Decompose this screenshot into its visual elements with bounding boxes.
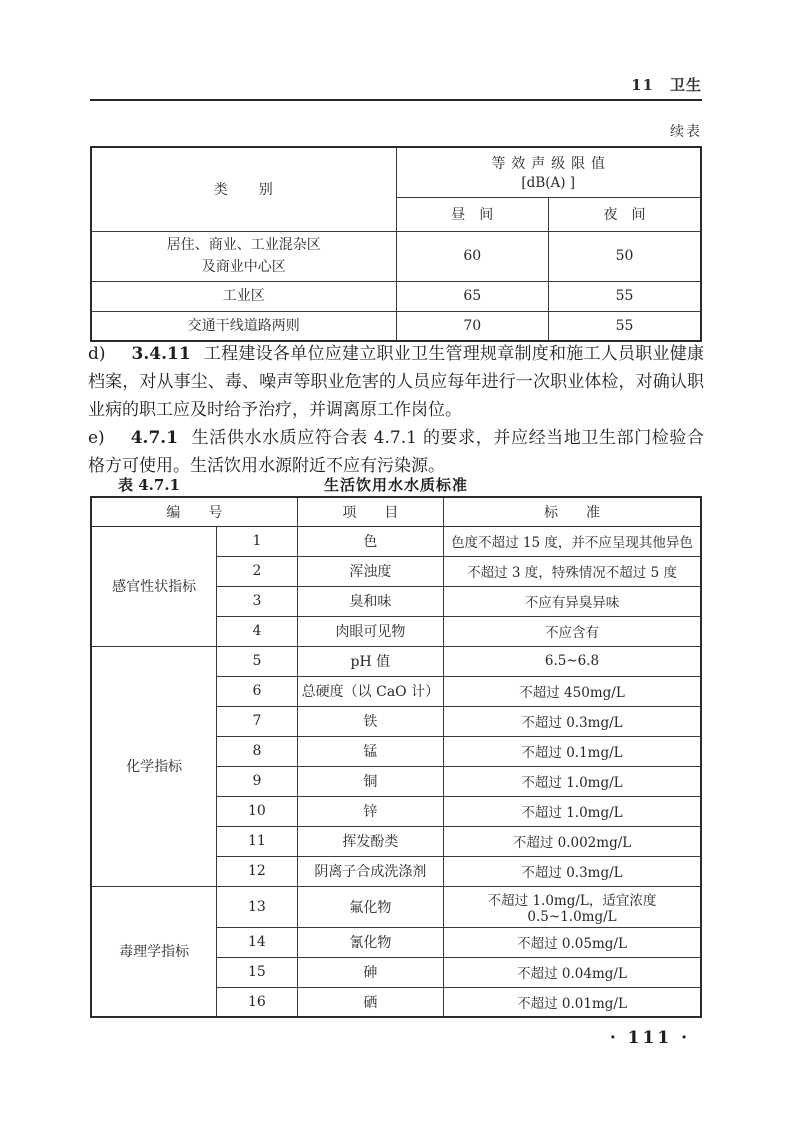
item-cell: 铜 — [297, 766, 443, 796]
standard-cell: 不超过 450mg/L — [444, 676, 701, 706]
item-cell: 肉眼可见物 — [297, 616, 443, 646]
standard-header-cell: 标 准 — [444, 497, 701, 526]
standard-cell: 不超过 0.3mg/L — [444, 856, 701, 886]
standard-cell: 不超过 0.1mg/L — [444, 736, 701, 766]
continued-table-label: 续表 — [90, 121, 702, 141]
document-page: 11 卫生 续表 类 别 等效声级限值 [dB(A) ] 昼 间 夜 间 居住、… — [0, 0, 793, 1123]
standard-cell: 不超过 1.0mg/L，适宜浓度 0.5~1.0mg/L — [444, 886, 701, 927]
standard-cell: 不超过 3 度，特殊情况不超过 5 度 — [444, 556, 701, 586]
daytime-header-cell: 昼 间 — [396, 197, 549, 231]
night-value-cell: 55 — [549, 311, 702, 341]
standard-cell: 不应有异臭异味 — [444, 586, 701, 616]
category-cell: 交通干线道路两则 — [91, 311, 396, 341]
item-cell: 铁 — [297, 706, 443, 736]
row-number-cell: 13 — [217, 886, 298, 927]
nighttime-header-cell: 夜 间 — [549, 197, 702, 231]
item-cell: 锰 — [297, 736, 443, 766]
day-value-cell: 60 — [396, 231, 549, 281]
category-line: 工业区 — [96, 285, 392, 307]
water-table-caption: 表 4.7.1 生活饮用水水质标准 — [90, 474, 702, 496]
row-number-cell: 7 — [217, 706, 298, 736]
row-number-cell: 3 — [217, 586, 298, 616]
category-line: 交通干线道路两则 — [96, 315, 392, 337]
clause-paragraphs: d)3.4.11工程建设各单位应建立职业卫生管理规章制度和施工人员职业健康档案，… — [88, 340, 704, 480]
water-quality-table: 编 号 项 目 标 准 感官性状指标1色色度不超过 15 度，并不应呈现其他异色… — [90, 496, 702, 1018]
category-cell: 居住、商业、工业混杂区及商业中心区 — [91, 231, 396, 281]
item-cell: 砷 — [297, 957, 443, 987]
category-line: 及商业中心区 — [96, 256, 392, 278]
row-number-cell: 8 — [217, 736, 298, 766]
row-number-cell: 10 — [217, 796, 298, 826]
paragraph-e-text: 生活供水水质应符合表 4.7.1 的要求，并应经当地卫生部门检验合格方可使用。生… — [88, 428, 704, 476]
page-number: · 111 · — [90, 1028, 690, 1048]
day-value-cell: 70 — [396, 311, 549, 341]
item-cell: 总硬度（以 CaO 计） — [297, 676, 443, 706]
standard-cell: 不超过 1.0mg/L — [444, 766, 701, 796]
standard-cell: 不应含有 — [444, 616, 701, 646]
item-cell: 锌 — [297, 796, 443, 826]
standard-cell: 不超过 0.04mg/L — [444, 957, 701, 987]
category-header-cell: 类 别 — [91, 147, 396, 231]
standard-cell: 6.5~6.8 — [444, 646, 701, 676]
row-number-cell: 15 — [217, 957, 298, 987]
paragraph-d: d)3.4.11工程建设各单位应建立职业卫生管理规章制度和施工人员职业健康档案，… — [88, 340, 704, 424]
row-number-cell: 5 — [217, 646, 298, 676]
indicator-group-cell: 化学指标 — [91, 646, 217, 886]
item-cell: pH 值 — [297, 646, 443, 676]
item-cell: 臭和味 — [297, 586, 443, 616]
water-table-row: 毒理学指标13氟化物不超过 1.0mg/L，适宜浓度 0.5~1.0mg/L — [91, 886, 701, 927]
night-value-cell: 55 — [549, 281, 702, 311]
clause-number-4-7-1: 4.7.1 — [131, 428, 178, 448]
water-table-row: 感官性状指标1色色度不超过 15 度，并不应呈现其他异色 — [91, 526, 701, 556]
list-label-e: e) — [88, 424, 105, 452]
item-cell: 挥发酚类 — [297, 826, 443, 856]
clause-number-3-4-11: 3.4.11 — [132, 344, 191, 364]
noise-table-row: 居住、商业、工业混杂区及商业中心区6050 — [91, 231, 701, 281]
row-number-cell: 16 — [217, 987, 298, 1017]
row-number-cell: 6 — [217, 676, 298, 706]
standard-cell: 色度不超过 15 度，并不应呈现其他异色 — [444, 526, 701, 556]
standard-cell: 不超过 0.002mg/L — [444, 826, 701, 856]
noise-limit-table: 类 别 等效声级限值 [dB(A) ] 昼 间 夜 间 居住、商业、工业混杂区及… — [90, 146, 702, 342]
item-cell: 浑浊度 — [297, 556, 443, 586]
water-table-row: 化学指标5pH 值6.5~6.8 — [91, 646, 701, 676]
item-cell: 硒 — [297, 987, 443, 1017]
row-number-cell: 12 — [217, 856, 298, 886]
item-cell: 氟化物 — [297, 886, 443, 927]
standard-cell: 不超过 0.05mg/L — [444, 927, 701, 957]
row-number-cell: 14 — [217, 927, 298, 957]
row-number-cell: 11 — [217, 826, 298, 856]
noise-limit-header-unit: [dB(A) ] — [401, 175, 697, 191]
day-value-cell: 65 — [396, 281, 549, 311]
water-table-caption-title: 生活饮用水水质标准 — [90, 474, 702, 495]
noise-table-row: 交通干线道路两则7055 — [91, 311, 701, 341]
night-value-cell: 50 — [549, 231, 702, 281]
item-cell: 氰化物 — [297, 927, 443, 957]
standard-cell: 不超过 0.3mg/L — [444, 706, 701, 736]
row-number-cell: 9 — [217, 766, 298, 796]
water-table-header-row: 编 号 项 目 标 准 — [91, 497, 701, 526]
category-cell: 工业区 — [91, 281, 396, 311]
header-rule — [90, 99, 702, 101]
paragraph-e: e)4.7.1生活供水水质应符合表 4.7.1 的要求，并应经当地卫生部门检验合… — [88, 424, 704, 480]
standard-cell: 不超过 0.01mg/L — [444, 987, 701, 1017]
row-number-cell: 1 — [217, 526, 298, 556]
item-cell: 阴离子合成洗涤剂 — [297, 856, 443, 886]
noise-table-body: 居住、商业、工业混杂区及商业中心区6050工业区6555交通干线道路两则7055 — [91, 231, 701, 341]
standard-cell: 不超过 1.0mg/L — [444, 796, 701, 826]
row-number-cell: 4 — [217, 616, 298, 646]
water-table-body: 感官性状指标1色色度不超过 15 度，并不应呈现其他异色2浑浊度不超过 3 度，… — [91, 526, 701, 1017]
row-number-cell: 2 — [217, 556, 298, 586]
noise-limit-header-cell: 等效声级限值 [dB(A) ] — [396, 147, 701, 197]
noise-limit-header-title: 等效声级限值 — [401, 153, 697, 173]
running-header: 11 卫生 — [90, 74, 702, 95]
item-header-cell: 项 目 — [297, 497, 443, 526]
category-line: 居住、商业、工业混杂区 — [96, 234, 392, 256]
indicator-group-cell: 毒理学指标 — [91, 886, 217, 1017]
item-cell: 色 — [297, 526, 443, 556]
indicator-group-cell: 感官性状指标 — [91, 526, 217, 646]
list-label-d: d) — [88, 340, 106, 368]
noise-table-row: 工业区6555 — [91, 281, 701, 311]
noise-table-header-row: 类 别 等效声级限值 [dB(A) ] — [91, 147, 701, 197]
number-header-cell: 编 号 — [91, 497, 297, 526]
